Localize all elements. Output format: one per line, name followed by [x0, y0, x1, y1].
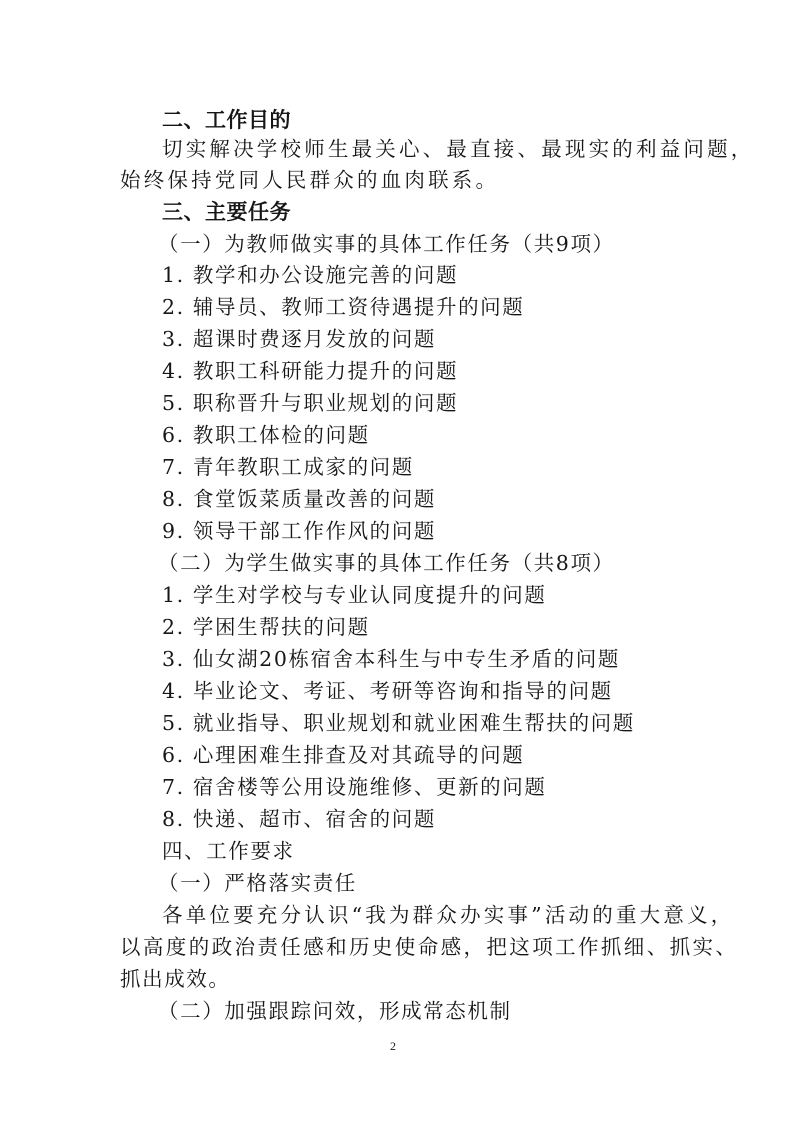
section-heading-requirements: 四、工作要求: [162, 835, 295, 867]
teacher-task-item: 5. 职称晋升与职业规划的问题: [162, 387, 458, 419]
subheading-student-tasks: （二）为学生做实事的具体工作任务（共8项）: [158, 547, 615, 579]
student-task-item: 5. 就业指导、职业规划和就业困难生帮扶的问题: [162, 707, 635, 739]
goal-paragraph-line-2: 始终保持党同人民群众的血肉联系。: [120, 164, 499, 196]
requirement-1-paragraph-line-1: 各单位要充分认识“我为群众办实事”活动的重大意义，: [162, 899, 734, 931]
teacher-task-item: 2. 辅导员、教师工资待遇提升的问题: [162, 291, 524, 323]
student-task-item: 7. 宿舍楼等公用设施维修、更新的问题: [162, 771, 546, 803]
document-page: 二、工作目的 切实解决学校师生最关心、最直接、最现实的利益问题， 始终保持党同人…: [0, 0, 793, 1122]
subheading-teacher-tasks: （一）为教师做实事的具体工作任务（共9项）: [158, 228, 615, 260]
teacher-task-item: 6. 教职工体检的问题: [162, 419, 370, 451]
student-task-item: 3. 仙女湖20栋宿舍本科生与中专生矛盾的问题: [162, 643, 620, 675]
teacher-task-item: 7. 青年教职工成家的问题: [162, 451, 414, 483]
teacher-task-item: 4. 教职工科研能力提升的问题: [162, 355, 458, 387]
page-number: 2: [390, 1039, 396, 1054]
requirement-1-paragraph-line-2: 以高度的政治责任感和历史使命感，把这项工作抓细、抓实、: [120, 931, 738, 963]
student-task-item: 2. 学困生帮扶的问题: [162, 611, 370, 643]
section-heading-goal: 二、工作目的: [162, 104, 291, 136]
teacher-task-item: 9. 领导干部工作作风的问题: [162, 515, 436, 547]
goal-paragraph-line-1: 切实解决学校师生最关心、最直接、最现实的利益问题，: [162, 133, 755, 165]
student-task-item: 8. 快递、超市、宿舍的问题: [162, 803, 436, 835]
subheading-requirement-1: （一）严格落实责任: [158, 867, 357, 899]
subheading-requirement-2: （二）加强跟踪问效，形成常态机制: [158, 995, 512, 1027]
teacher-task-item: 3. 超课时费逐月发放的问题: [162, 323, 436, 355]
student-task-item: 4. 毕业论文、考证、考研等咨询和指导的问题: [162, 675, 613, 707]
requirement-1-paragraph-line-3: 抓出成效。: [120, 963, 231, 995]
student-task-item: 1. 学生对学校与专业认同度提升的问题: [162, 579, 546, 611]
section-heading-tasks: 三、主要任务: [162, 196, 291, 228]
teacher-task-item: 8. 食堂饭菜质量改善的问题: [162, 483, 436, 515]
student-task-item: 6. 心理困难生排查及对其疏导的问题: [162, 739, 524, 771]
teacher-task-item: 1. 教学和办公设施完善的问题: [162, 259, 458, 291]
